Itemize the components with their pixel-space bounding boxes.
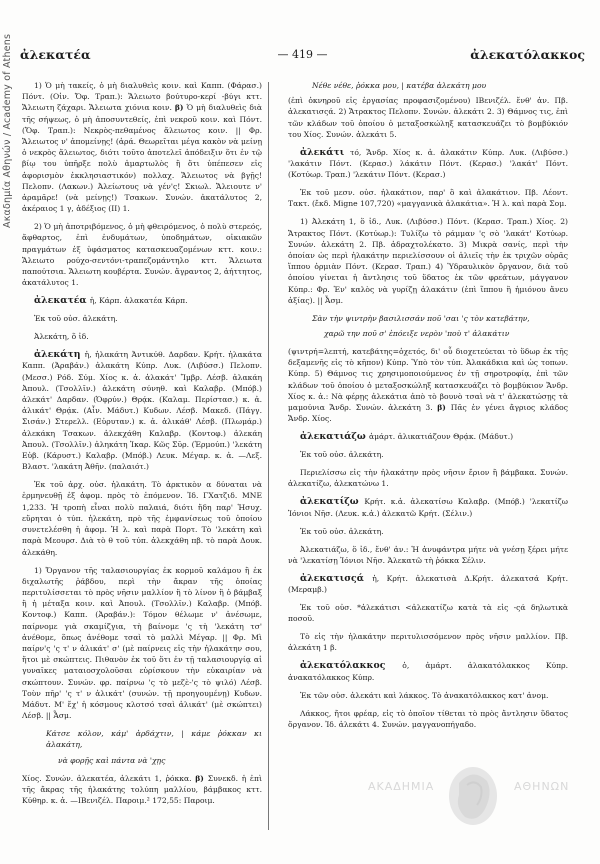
etymology: Ἐκ τῶν οὐσ. ἀλεκάτι καὶ λάκκος. Τὸ ἀνακα… [288, 690, 568, 701]
definition: Τὸ εἰς τὴν ἠλακάτην περιτυλισσόμενον πρὸ… [288, 631, 568, 653]
sense-label: β) [175, 103, 187, 112]
definition: Λάκκος, ἤτοι φρέαρ, εἰς τὸ ὁποῖον τίθετα… [288, 708, 568, 730]
senses: 1) Ἀλεκάτη 1, ὅ ἰδ., Λυκ. (Λιβύσσ.) Πόντ… [288, 216, 568, 306]
etymology: Ἐκ τοῦ οὐσ. ἀλεκάτη. [288, 449, 568, 460]
continuation-sense-2: 2) Ὁ μὴ ἀποτριβόμενος, ὁ μὴ φθειρόμενος,… [22, 221, 262, 288]
lemma: ἀλεκατισςά [300, 573, 372, 584]
dictionary-entry: ἀλεκάτη ἡ, ἠλακάτη Ἀντικύθ. Δαρδαν. Κρήτ… [22, 349, 262, 472]
etymology: Ἐκ τοῦ ἀρχ. οὐσ. ἠλακάτη. Τὸ ἀρκτικὸν α … [22, 479, 262, 557]
etymology: Ἐκ τοῦ οὐσ. *ἀλεκάτισι <ἀλεκατίζω κατὰ τ… [288, 602, 568, 624]
lemma: ἀλεκατιάζω [300, 431, 369, 442]
left-column: 1) Ὁ μὴ τακείς, ὁ μὴ διαλυθεὶς κοιν. καὶ… [22, 80, 262, 813]
etymology: Ἐκ τοῦ μεσν. οὐσ. ἠλακάτιον, παρ' ὃ καὶ … [288, 187, 568, 209]
dictionary-entry: ἀλεκατιάζω ἀμάρτ. ἀλικατιάζουν Θρᾴκ. (Μά… [288, 431, 568, 442]
verse-line: Νέθε νέθε, ῥόκκα μου, | κατέβα ἀλεκάτη μ… [288, 80, 568, 91]
entry-forms: ἡ, Κάρπ. ἀλακατέα Κάρπ. [90, 296, 188, 305]
continuation-sense-1: 1) Ὁ μὴ τακείς, ὁ μὴ διαλυθεὶς κοιν. καὶ… [22, 80, 262, 214]
text: Χίος. Συνών. ἀλεκατέα, ἀλεκάτι 1, ῥόκκα. [22, 774, 195, 783]
verse-line: χαρῶ την ποῦ σ' ἐπόειξε νερὸν 'ποὺ τ' ἀλ… [288, 328, 568, 339]
sense-label: β) [195, 774, 208, 783]
dictionary-entry: ἀλεκατίζω Κρήτ. κ.ἀ. ἀλεκατίσω Καλαβρ. (… [288, 496, 568, 518]
lemma: ἀλεκάτη [34, 349, 85, 360]
sense-1: 1) Ἀλεκάτη 1, ὅ ἰδ., Λυκ. (Λιβύσσ.) Πόντ… [300, 217, 560, 226]
header-right-guideword: ἀλεκατόλακκος [470, 47, 585, 62]
lemma: ἀλεκατέα [34, 295, 90, 306]
text: Ὁ μὴ διαλυθεὶς διὰ τῆς σήψεως, ὁ μὴ ἀποσ… [22, 103, 262, 213]
verse-line: Σὰν τὴν ψιντρὴν βασιλισσάν ποῦ 'σαι 'ς τ… [288, 313, 568, 324]
watermark-text-left: ΑΚΑΔΗΜΙΑ [368, 780, 434, 793]
watermark-text-right: ΑΘΗΝΩΝ [514, 780, 569, 793]
dictionary-entry: ἀλεκατισςά ἡ, Κρήτ. ἀλεκατισὰ Δ.Κρήτ. ἀλ… [288, 573, 568, 595]
definition: Περιελίσσω εἰς τὴν ἠλακάτην πρὸς νῆσιν ἔ… [288, 467, 568, 489]
dictionary-entry: ἀλεκατόλακκος ὁ, ἀμάρτ. ἀλακατόλακκος Κύ… [288, 660, 568, 682]
definition: Ἀλεκάτη, ὅ ἰδ. [22, 331, 262, 342]
etymology: Ἐκ τοῦ οὐσ. ἀλεκάτη. [22, 313, 262, 324]
dictionary-entry: ἀλεκατέα ἡ, Κάρπ. ἀλακατέα Κάρπ. [22, 295, 262, 306]
page-header: ἀλεκατέα — 419 — ἀλεκατόλακκος [20, 47, 585, 65]
definition: Ἀλεκατιάζω, ὅ ἰδ., ἔνθ' ἀν.: Ἡ ἀνυφάντρα… [288, 544, 568, 566]
side-watermark: Ακαδημία Αθηνών / Academy of Athens [2, 38, 14, 228]
entry-forms: ἀμάρτ. ἀλικατιάζουν Θρᾴκ. (Μάδυτ.) [369, 432, 513, 441]
dictionary-entry: ἀλεκάτι τό, Ἄνδρ. Χίος κ. ἀ. ἀλακάτιν Κύ… [288, 147, 568, 181]
verse-line: νὰ φορῇς καὶ πάντα νὰ 'χῃς [22, 755, 262, 766]
sense-label: β) [437, 403, 451, 412]
after-verse: (ψιντρή=λεπτή, κατεβάτης=ὀχετός, δι' οὗ … [288, 346, 568, 424]
lemma: ἀλεκατίζω [300, 496, 364, 507]
entry-forms: ἡ, ἠλακάτη Ἀντικύθ. Δαρδαν. Κρήτ. ἠλακάτ… [22, 350, 262, 471]
lemma: ἀλεκάτι [300, 147, 350, 158]
after-verse: Χίος. Συνών. ἀλεκατέα, ἀλεκάτι 1, ῥόκκα.… [22, 773, 262, 807]
column-divider [268, 82, 269, 830]
lemma: ἀλεκατόλακκος [300, 660, 402, 671]
right-column: Νέθε νέθε, ῥόκκα μου, | κατέβα ἀλεκάτη μ… [288, 80, 568, 737]
dictionary-page: Ακαδημία Αθηνών / Academy of Athens ἀλεκ… [0, 0, 600, 864]
sense-1: 1) Ὄργανον τῆς ταλασιουργίας ἐκ κορμοῦ κ… [22, 565, 262, 722]
etymology: Ἐκ τοῦ οὐσ. ἀλεκάτη. [288, 526, 568, 537]
text: 2) Ἄτρακτος Πελοπν. Συνών. ἀλεκάτι 2. [338, 107, 496, 116]
verse-line: Κάτσε κόλον, κάμ' ἀρδάχτιν, | κάμε ῥόκκα… [22, 728, 262, 750]
athena-head-icon [445, 765, 501, 827]
continuation-text: (ἐπὶ ὀκνηροῦ εἰς ἐργασίας προφασιζομένου… [288, 95, 568, 140]
